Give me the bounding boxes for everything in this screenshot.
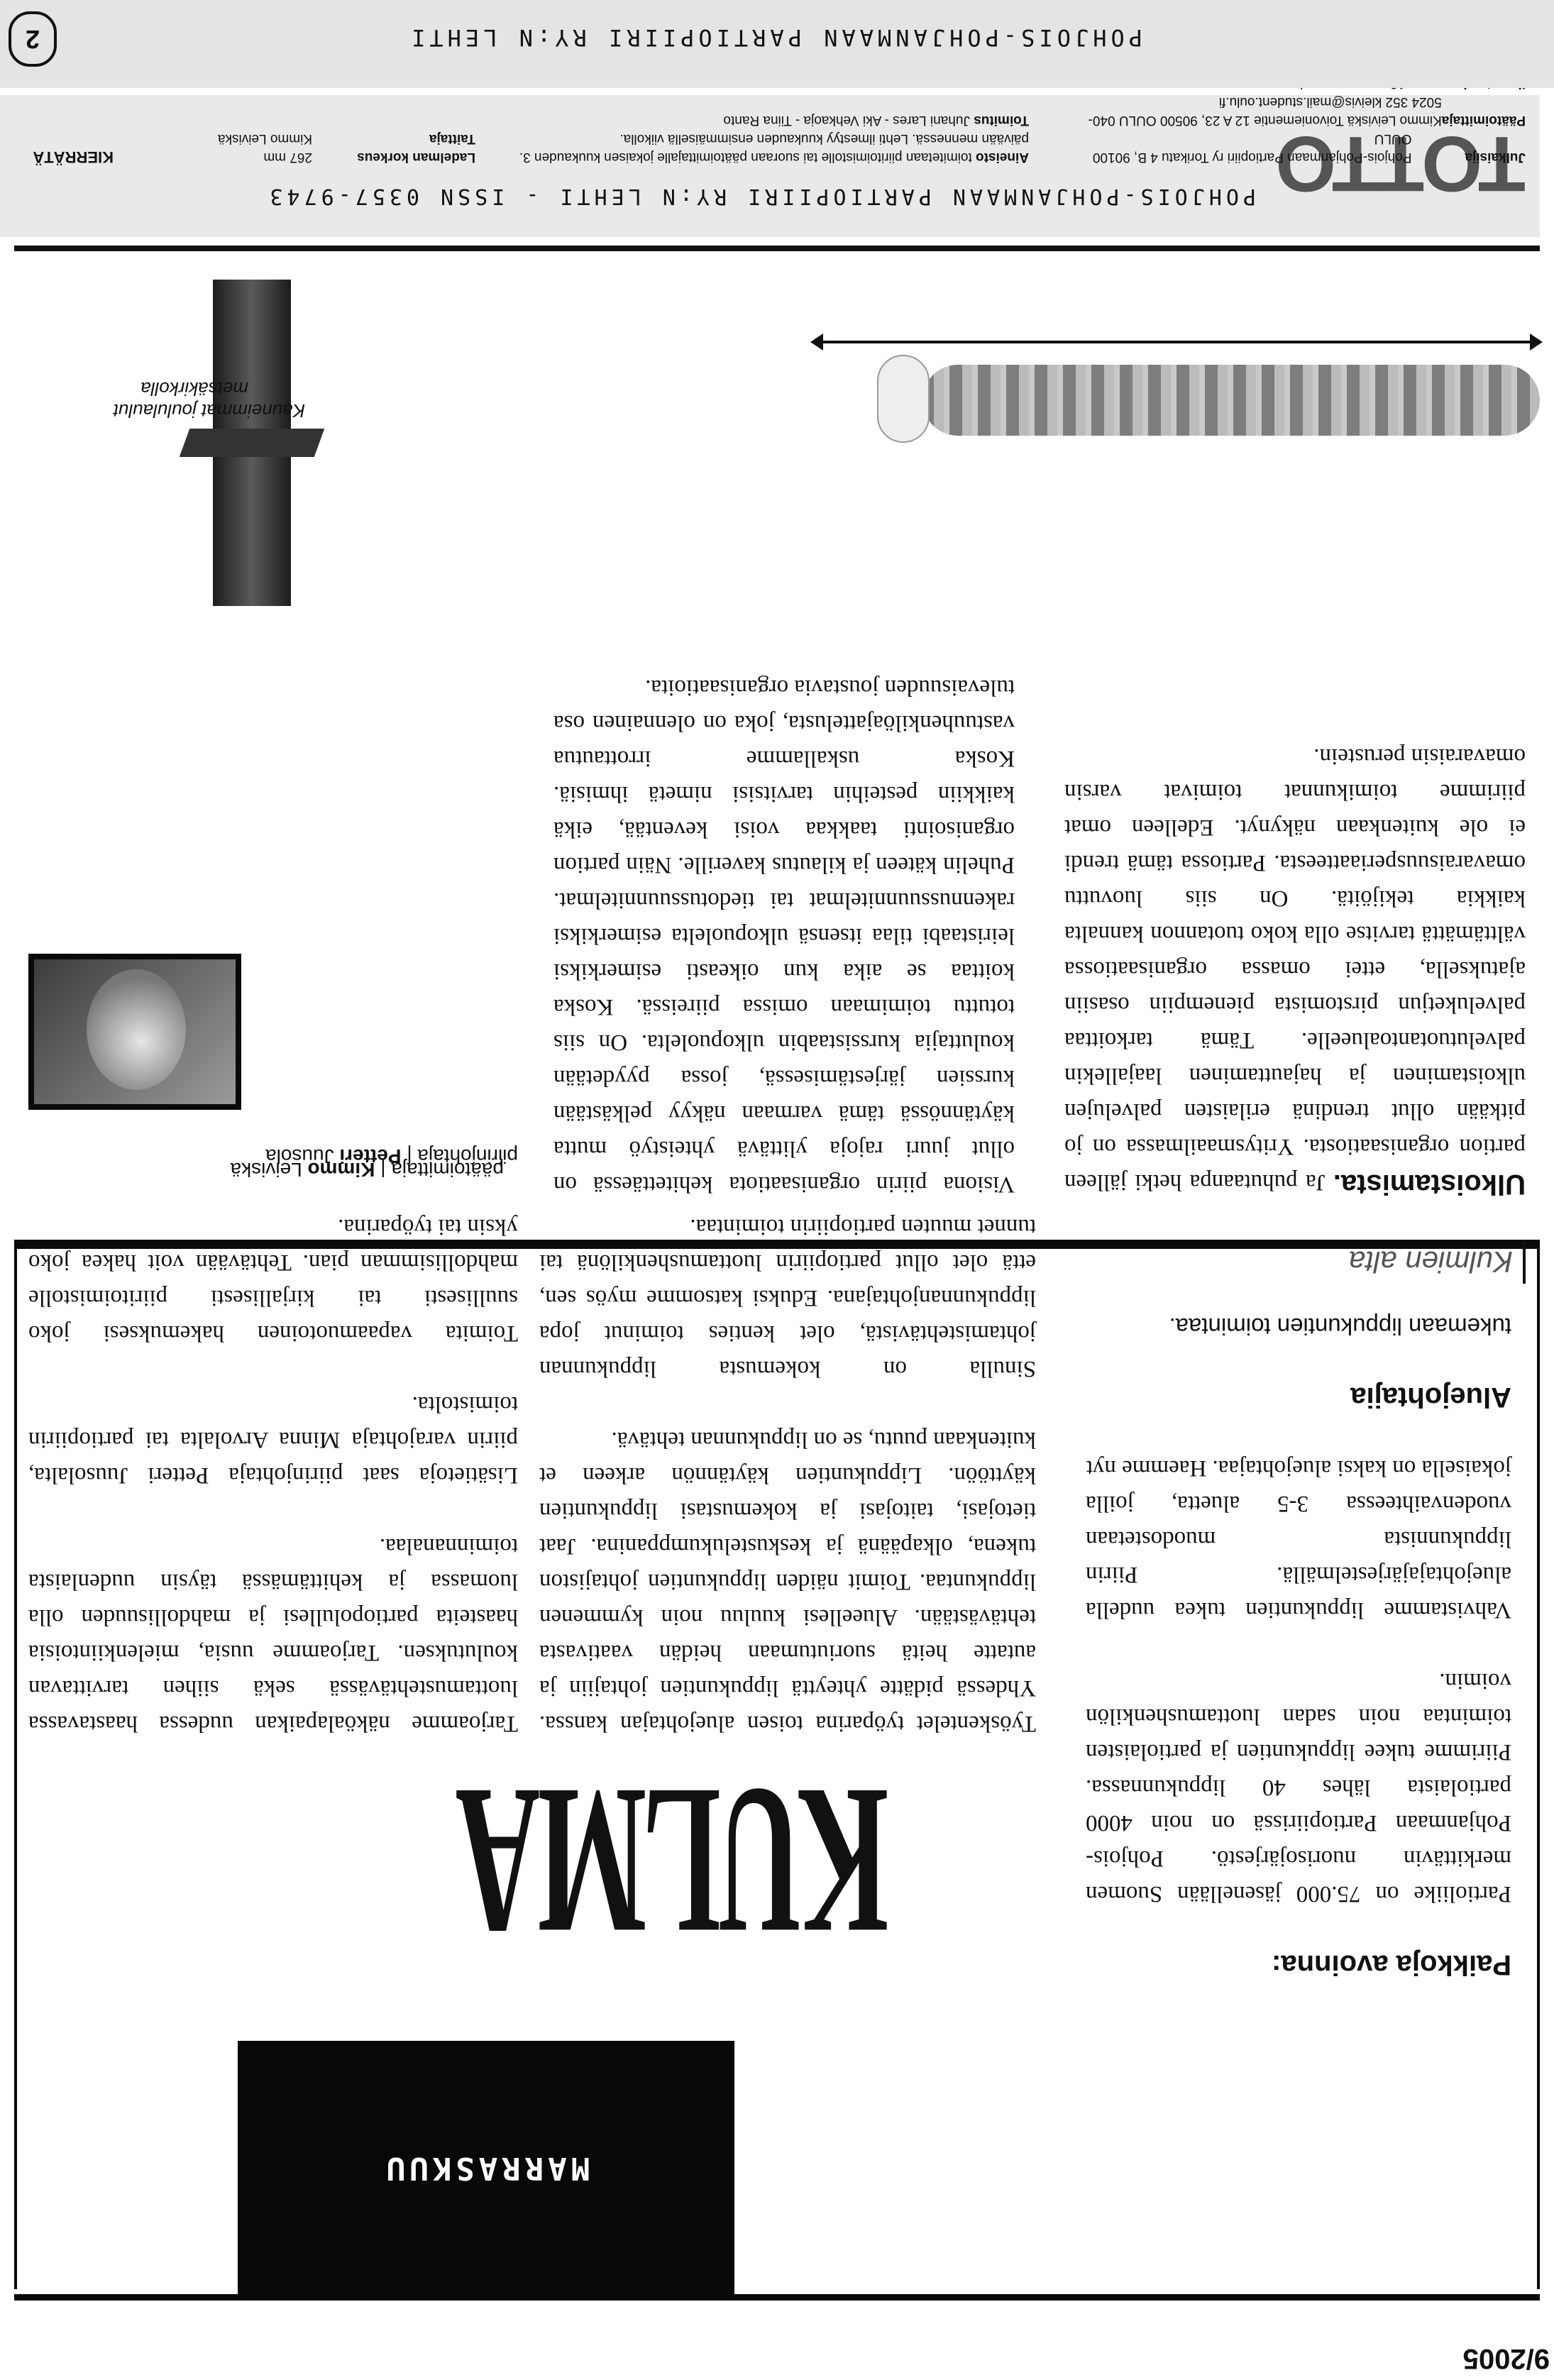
- month-banner: MARRASKUU: [238, 2041, 734, 2296]
- footer-text: POHJOIS-POHJANMAAN PARTIOPIIRI RY:N LEHT…: [407, 24, 1142, 51]
- section-label-kulmien-alta: Kulmien alta: [1349, 1240, 1526, 1284]
- section-divider: [14, 1240, 1540, 1246]
- kulma-paragraph: Lisätietoja saat piirinjohtaja Petteri J…: [28, 1387, 518, 1493]
- masthead: TOTTO POHJOIS-POHJANMAAN PARTIOPIIRI RY:…: [0, 95, 1540, 237]
- caterpillar-head: [877, 355, 930, 443]
- page-number: 2: [9, 11, 57, 67]
- masthead-rule: [14, 246, 1540, 251]
- kulma-heading: Paikkoja avoinna:: [1086, 1947, 1511, 1983]
- editorial-column-2: Visiona piirin organisaatiota kehitettäe…: [553, 634, 1015, 1202]
- issue-number: 9/2005: [1463, 2342, 1550, 2374]
- caterpillar-body: [922, 365, 1540, 436]
- kulma-column-2: Työskentelet työparina toisen aluejohtaj…: [539, 1174, 1036, 1741]
- editorial-byline: päätoimittaja | Kimmo Leiviskä: [231, 1158, 504, 1181]
- kulma-paragraph: Sinulla on kokemusta lippukunnan johtami…: [539, 1209, 1036, 1387]
- editorial-heading: Ulkoistamista.: [1333, 1169, 1526, 1200]
- masthead-middle: Aineisto toimitetaan piiritoimistolle ta…: [518, 111, 1029, 166]
- recycle-label: KIERRÄTÄ: [33, 148, 114, 166]
- arrow-left-icon: [1530, 334, 1543, 351]
- editorial-column-1: Ulkoistamista. Ja puhutaanpa hetki jälle…: [1064, 703, 1526, 1202]
- kulma-column-3: Tarjoamme näköalapaikan uudessa haastava…: [28, 1138, 518, 1741]
- magazine-page: 9/2005 MARRASKUU KULMA Paikkoja avoinna:…: [0, 0, 1554, 2380]
- church-photo: [121, 237, 348, 634]
- arrow-right-icon: [810, 334, 823, 351]
- kulma-paragraph: Tarjoamme näköalapaikan uudessa haastava…: [28, 1528, 518, 1741]
- kulma-subheading-lead: tukemaan lippukuntien toimintaa.: [1086, 1309, 1511, 1344]
- church-roof: [180, 429, 325, 457]
- church-caption: Kauneimmat joululaulut metsäkirkolla: [114, 378, 305, 422]
- measure-arrow: [816, 341, 1540, 343]
- kulma-column-1: Paikkoja avoinna: Partioliike on 75.000 …: [1086, 1273, 1511, 1983]
- kulma-paragraph: Työskentelet työparina toisen aluejohtaj…: [539, 1422, 1036, 1741]
- kulma-paragraph: Vahvistamme lippukuntien tukea uudella a…: [1086, 1450, 1511, 1628]
- caterpillar-illustration: [788, 280, 1540, 464]
- footer-band: POHJOIS-POHJANMAAN PARTIOPIIRI RY:N LEHT…: [0, 0, 1554, 88]
- editor-photo: [28, 954, 241, 1110]
- editorial-paragraph: Ulkoistamista. Ja puhutaanpa hetki jälle…: [1064, 739, 1526, 1202]
- kulma-subheading: Aluejohtajia: [1086, 1379, 1511, 1415]
- masthead-tagline: POHJOIS-POHJANMAAN PARTIOPIIRI RY:N LEHT…: [265, 184, 1256, 209]
- editorial-paragraph: Visiona piirin organisaatiota kehitettäe…: [553, 670, 1015, 1202]
- masthead-right: Ladelman korkeus267 mm TaittajaKimmo Lei…: [106, 129, 475, 166]
- editor-face: [87, 969, 186, 1090]
- kulma-paragraph: Toimita vapaamuotoinen hakemuksesi joko …: [28, 1209, 518, 1351]
- kulma-paragraph: Partioliike on 75.000 jäsenellään Suomen…: [1086, 1663, 1511, 1912]
